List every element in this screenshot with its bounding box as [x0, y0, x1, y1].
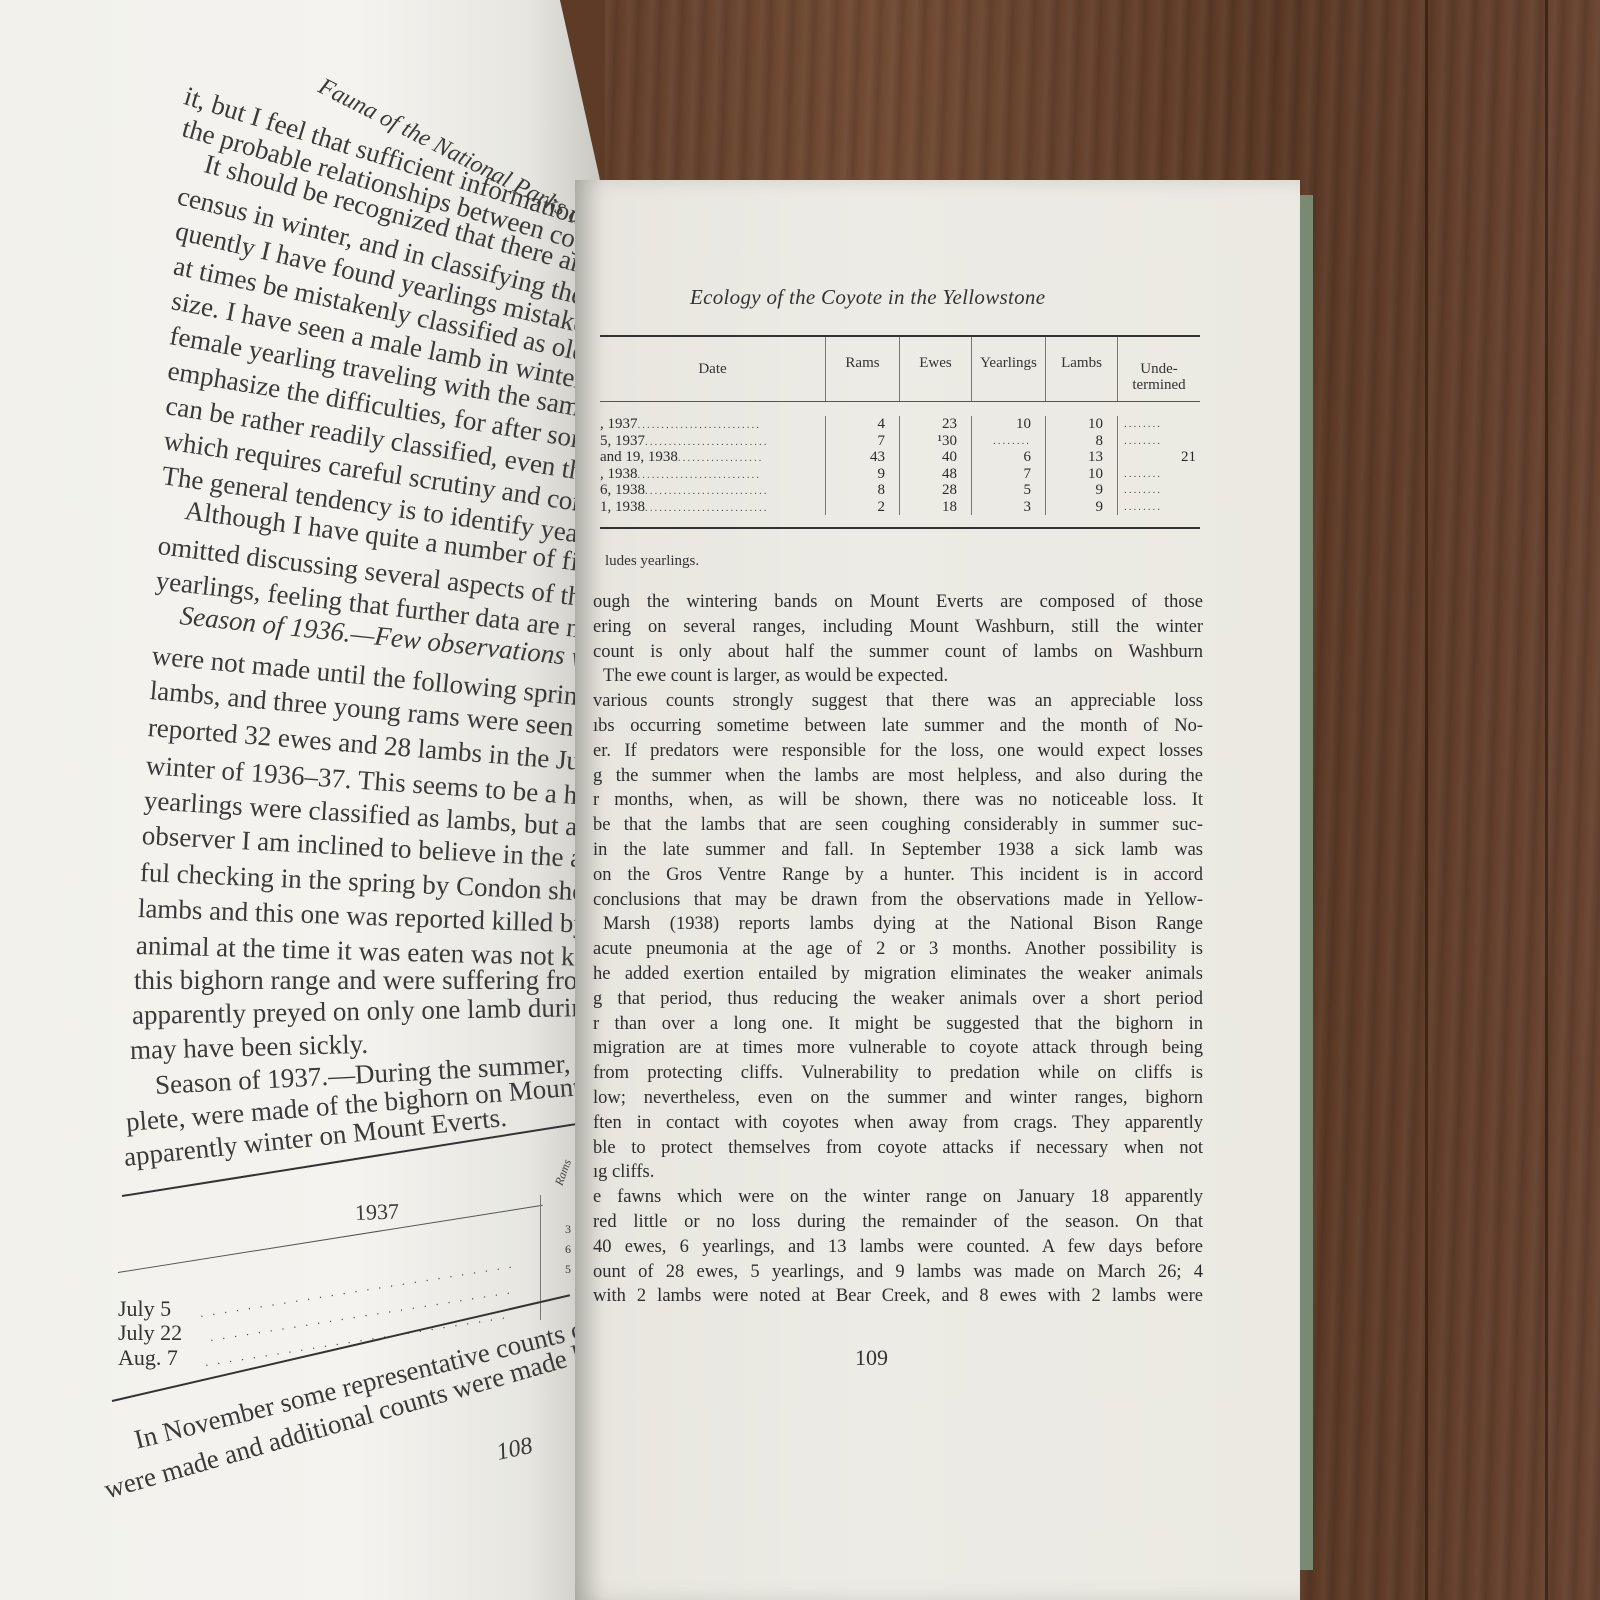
body-line: red little or no loss during the remaind…: [593, 1210, 1203, 1235]
left-table-header-year: 1937: [355, 1198, 400, 1226]
table-cell-yearlings: 3: [972, 499, 1045, 516]
table-cell-ewes: 40: [900, 449, 971, 466]
column-lambs: 10 8 13 10 9 9: [1045, 416, 1117, 515]
table-cell-lambs: 8: [1046, 433, 1117, 450]
table-cell-rams: 2: [826, 499, 899, 516]
body-line: conclusions that may be drawn from the o…: [593, 888, 1203, 913]
right-page-body: ough the wintering bands on Mount Everts…: [593, 590, 1203, 1309]
table-cell-rams: 9: [826, 466, 899, 483]
column-ewes: 23 ¹30 40 48 28 18: [899, 416, 971, 515]
table-cell-date: , 1938..........................: [600, 466, 825, 483]
left-table-partial-value: 6: [565, 1242, 571, 1257]
table-cell-yearlings: ........: [972, 433, 1045, 450]
table-cell-undetermined: ........: [1118, 416, 1200, 433]
body-line: ıg cliffs.: [593, 1160, 1203, 1185]
table-cell-lambs: 9: [1046, 499, 1117, 516]
left-table-date: July 22: [118, 1320, 182, 1346]
wood-plank-seam: [1545, 0, 1548, 1600]
bighorn-count-table: Date Rams Ewes Yearlings Lambs Unde- ter…: [600, 335, 1200, 529]
header-yearlings: Yearlings: [971, 337, 1045, 401]
table-cell-lambs: 13: [1046, 449, 1117, 466]
left-table-partial-value: 3: [565, 1222, 571, 1237]
table-cell-date: and 19, 1938..................: [600, 449, 825, 466]
body-line: be that the lambs that are seen coughing…: [593, 813, 1203, 838]
header-lambs: Lambs: [1045, 337, 1117, 401]
table-cell-undetermined: ........: [1118, 433, 1200, 450]
body-line: from protecting cliffs. Vulnerability to…: [593, 1061, 1203, 1086]
body-line: low; nevertheless, even on the summer an…: [593, 1086, 1203, 1111]
table-cell-undetermined: ........: [1118, 499, 1200, 516]
body-line: er. If predators were responsible for th…: [593, 739, 1203, 764]
body-line: migration are at times more vulnerable t…: [593, 1036, 1203, 1061]
table-cell-ewes: 23: [900, 416, 971, 433]
left-table-partial-value: 5: [565, 1262, 571, 1277]
table-cell-undetermined: ........: [1118, 466, 1200, 483]
body-line: acute pneumonia at the age of 2 or 3 mon…: [593, 937, 1203, 962]
column-date: , 1937.......................... 5, 1937…: [600, 416, 825, 515]
body-line: r months, when, as will be shown, there …: [593, 788, 1203, 813]
header-undetermined-line2: termined: [1132, 377, 1185, 393]
header-undetermined: Unde- termined: [1117, 337, 1200, 401]
table-cell-yearlings: 5: [972, 482, 1045, 499]
header-undetermined-line1: Unde-: [1140, 361, 1178, 377]
body-line: 40 ewes, 6 yearlings, and 13 lambs were …: [593, 1235, 1203, 1260]
table-cell-yearlings: 7: [972, 466, 1045, 483]
table-cell-date: 5, 1937..........................: [600, 433, 825, 450]
table-cell-date: 6, 1938..........................: [600, 482, 825, 499]
column-rams: 4 7 43 9 8 2: [825, 416, 899, 515]
table-cell-date: 1, 1938..........................: [600, 499, 825, 516]
body-line: g that period, thus reducing the weaker …: [593, 987, 1203, 1012]
table-cell-yearlings: 6: [972, 449, 1045, 466]
body-line: on the Gros Ventre Range by a hunter. Th…: [593, 863, 1203, 888]
right-running-head: Ecology of the Coyote in the Yellowstone: [690, 285, 1045, 310]
left-table-date: July 5: [118, 1296, 171, 1322]
table-cell-rams: 7: [826, 433, 899, 450]
body-line: ount of 28 ewes, 5 yearlings, and 9 lamb…: [593, 1260, 1203, 1285]
table-cell-lambs: 9: [1046, 482, 1117, 499]
table-cell-ewes: 28: [900, 482, 971, 499]
table-bottom-rule: [600, 527, 1200, 529]
column-undetermined: ........ ........ 21 ........ ........ .…: [1117, 416, 1200, 515]
table-cell-date: , 1937..........................: [600, 416, 825, 433]
header-date: Date: [600, 337, 825, 401]
table-cell-rams: 4: [826, 416, 899, 433]
table-footnote: ludes yearlings.: [605, 553, 699, 570]
table-cell-lambs: 10: [1046, 466, 1117, 483]
table-cell-undetermined: ........: [1118, 482, 1200, 499]
body-line: e fawns which were on the winter range o…: [593, 1185, 1203, 1210]
column-yearlings: 10 ........ 6 7 5 3: [971, 416, 1045, 515]
body-line: r than over a long one. It might be sugg…: [593, 1012, 1203, 1037]
right-page-number: 109: [855, 1345, 888, 1371]
body-line: ough the wintering bands on Mount Everts…: [593, 590, 1203, 615]
table-cell-undetermined: 21: [1118, 449, 1200, 466]
body-line: in the late summer and fall. In Septembe…: [593, 838, 1203, 863]
body-line: Marsh (1938) reports lambs dying at the …: [593, 912, 1203, 937]
body-line: ften in contact with coyotes when away f…: [593, 1111, 1203, 1136]
body-line: ble to protect themselves from coyote at…: [593, 1136, 1203, 1161]
body-line: The ewe count is larger, as would be exp…: [593, 664, 1203, 689]
table-body: , 1937.......................... 5, 1937…: [600, 402, 1200, 527]
table-header-row: Date Rams Ewes Yearlings Lambs Unde- ter…: [600, 337, 1200, 401]
table-cell-lambs: 10: [1046, 416, 1117, 433]
table-cell-rams: 43: [826, 449, 899, 466]
body-line: g the summer when the lambs are most hel…: [593, 764, 1203, 789]
body-line: ıbs occurring sometime between late summ…: [593, 714, 1203, 739]
header-rams: Rams: [825, 337, 899, 401]
table-cell-rams: 8: [826, 482, 899, 499]
body-line: he added exertion entailed by migration …: [593, 962, 1203, 987]
body-line: various counts strongly suggest that the…: [593, 689, 1203, 714]
left-line: this bighorn range and were suffering fr…: [134, 965, 617, 996]
header-ewes: Ewes: [899, 337, 971, 401]
left-table-date: Aug. 7: [118, 1345, 178, 1371]
table-cell-ewes: 18: [900, 499, 971, 516]
body-line: count is only about half the summer coun…: [593, 640, 1203, 665]
table-cell-ewes: 48: [900, 466, 971, 483]
table-cell-yearlings: 10: [972, 416, 1045, 433]
body-line: ering on several ranges, including Mount…: [593, 615, 1203, 640]
table-cell-ewes: ¹30: [900, 433, 971, 450]
body-line: with 2 lambs were noted at Bear Creek, a…: [593, 1284, 1203, 1309]
wood-plank-seam: [1425, 0, 1428, 1600]
